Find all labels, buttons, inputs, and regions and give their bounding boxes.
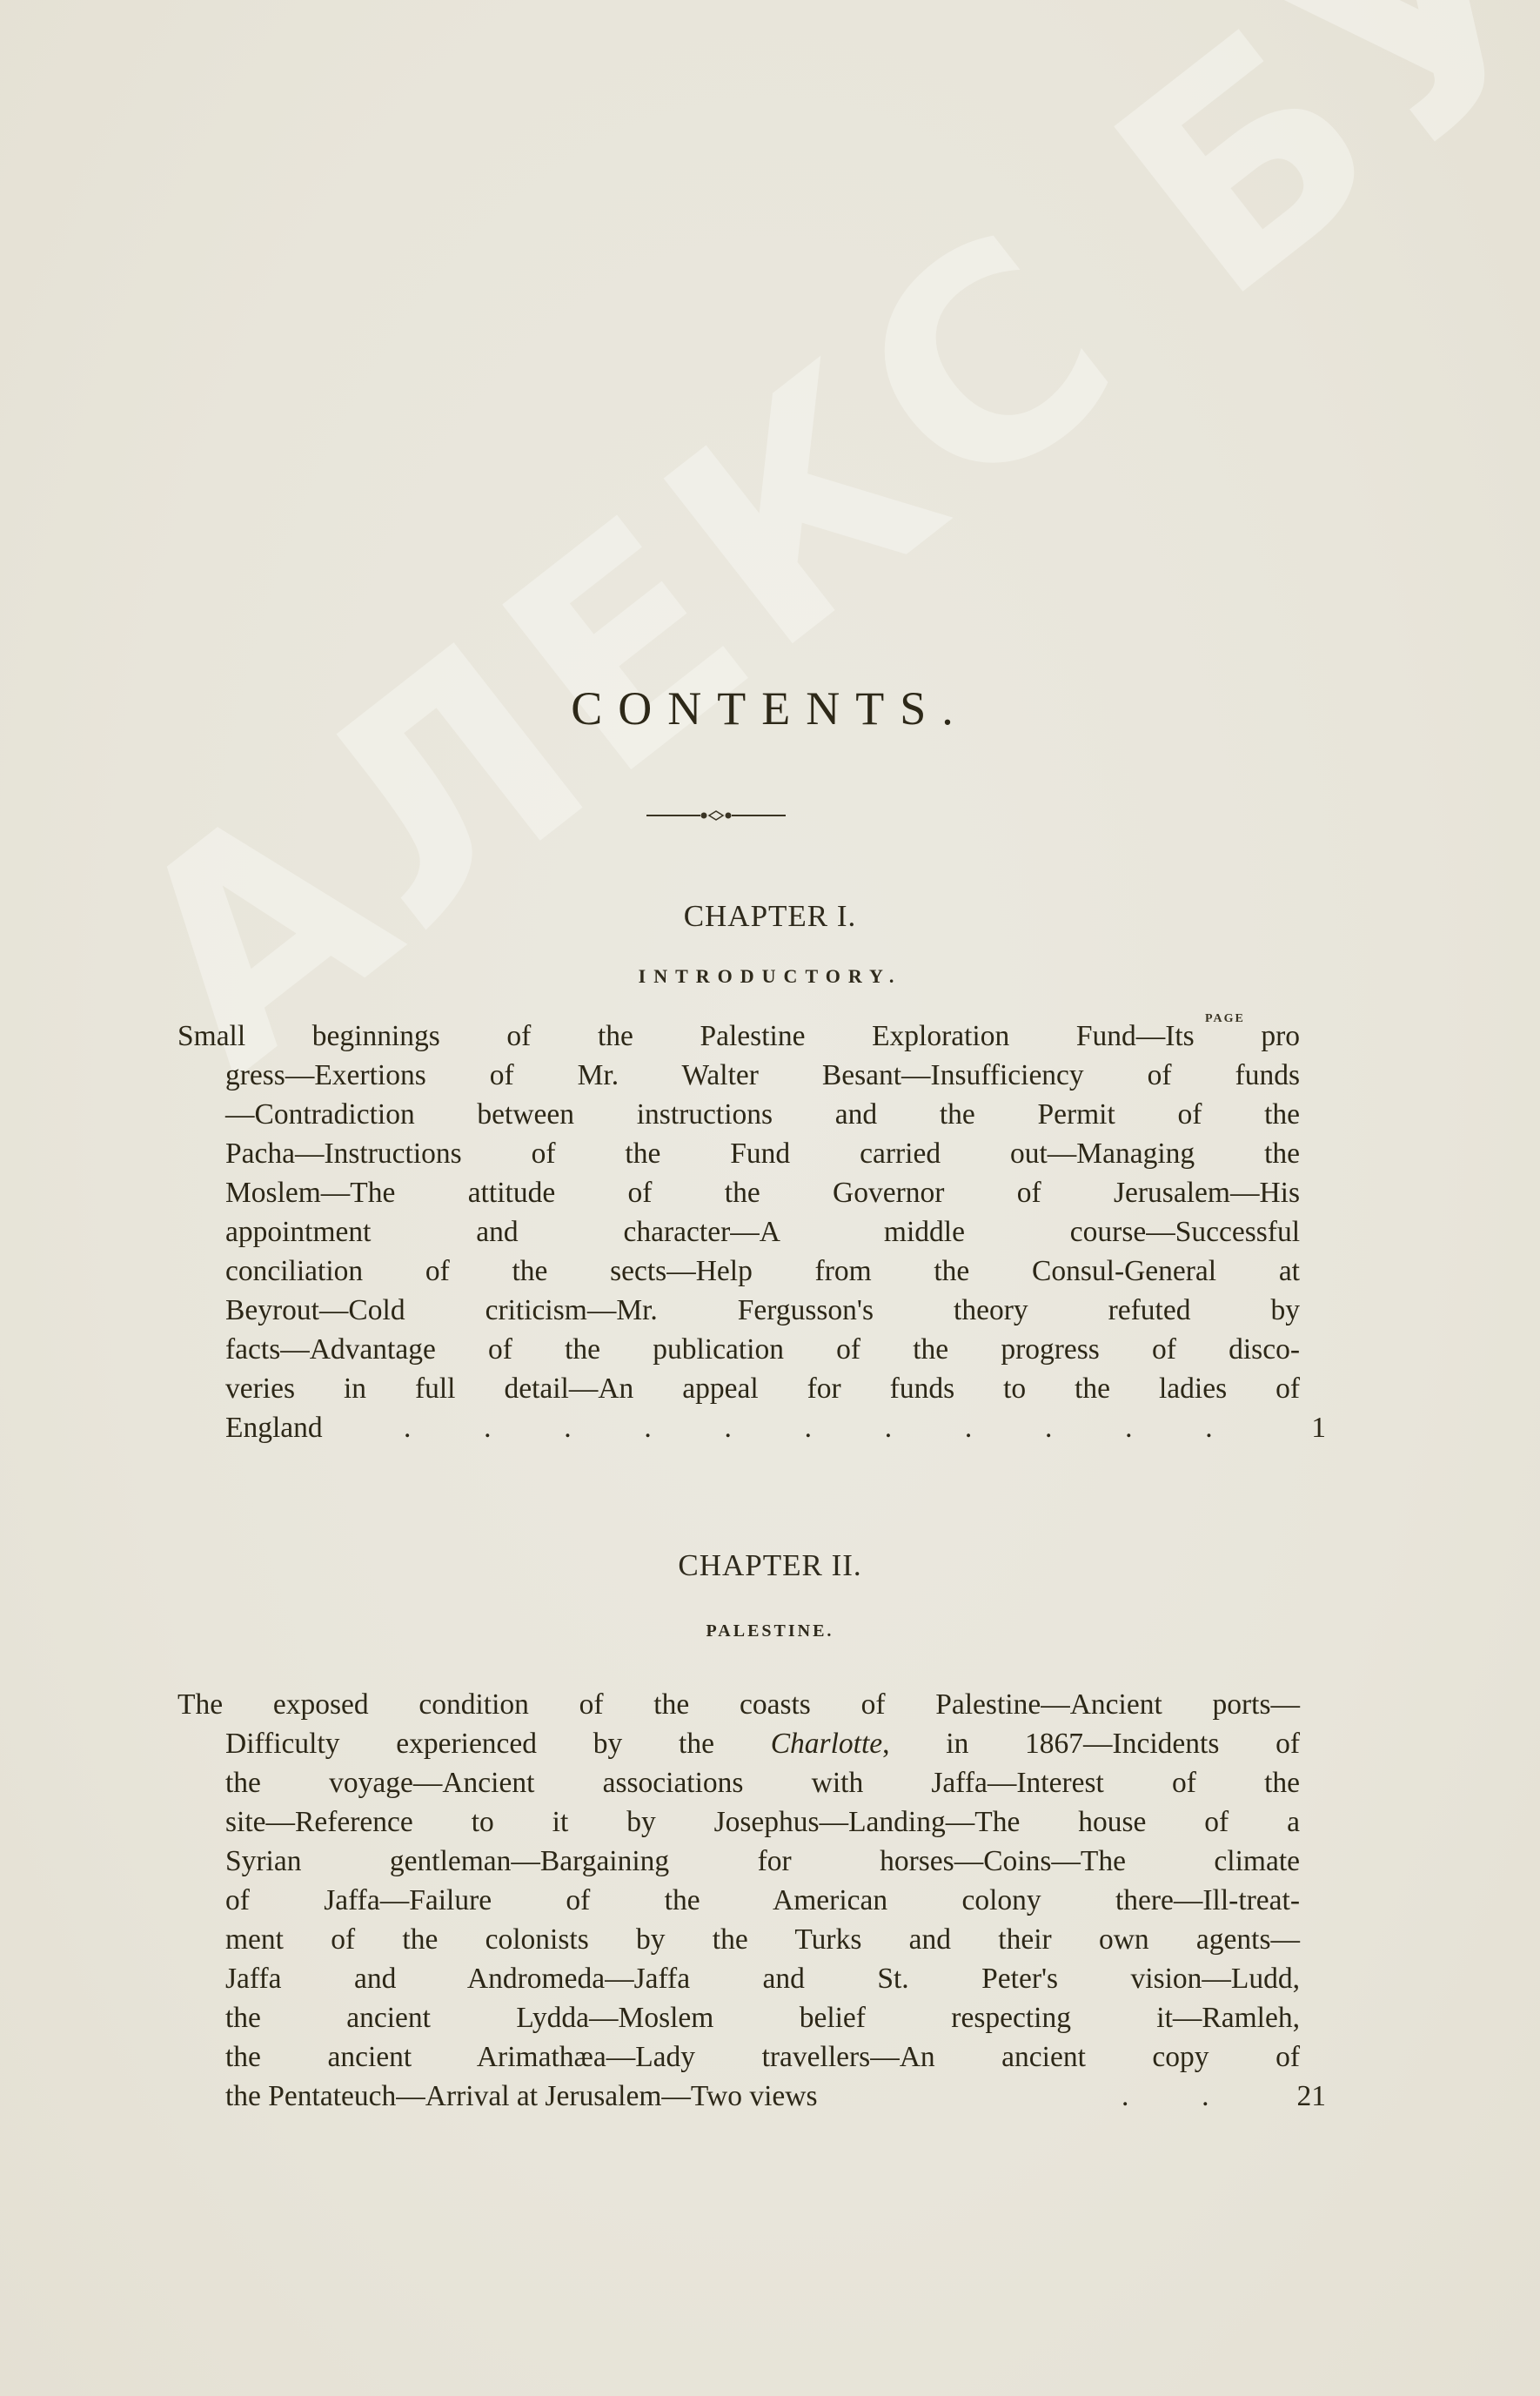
chapter-2-summary: The exposed condition of the coasts of P… — [177, 1685, 1300, 2116]
book-page: АЛЕКС БУКС CONTENTS. CHAPTER I. INTRODUC… — [0, 0, 1540, 2396]
summary-line: —Contradiction between instructions and … — [177, 1095, 1300, 1134]
summary-line: the ancient Arimathæa—Lady travellers—An… — [177, 2037, 1300, 2077]
summary-line: Moslem—The attitude of the Governor of J… — [177, 1173, 1300, 1212]
summary-line-text: Difficulty experienced by the — [225, 1728, 771, 1760]
chapter-2-heading: CHAPTER II. — [0, 1548, 1540, 1583]
summary-line: conciliation of the sects—Help from the … — [177, 1252, 1300, 1291]
summary-line: Jaffa and Andromeda—Jaffa and St. Peter'… — [177, 1959, 1300, 1998]
watermark: АЛЕКС БУКС — [70, 0, 1540, 1134]
summary-line: Pacha—Instructions of the Fund carried o… — [177, 1134, 1300, 1173]
summary-line: appointment and character—A middle cours… — [177, 1212, 1300, 1252]
summary-line: Difficulty experienced by the Charlotte,… — [177, 1724, 1300, 1763]
summary-line: The exposed condition of the coasts of P… — [177, 1685, 1300, 1724]
summary-line-text: , in 1867—Incidents of — [882, 1728, 1300, 1760]
summary-last-line: the Pentateuch—Arrival at Jerusalem—Two … — [177, 2077, 1300, 2116]
ornament-divider-icon — [646, 809, 786, 822]
summary-line: Small beginnings of the Palestine Explor… — [177, 1017, 1300, 1056]
summary-line: veries in full detail—An appeal for fund… — [177, 1369, 1300, 1408]
summary-line: the ancient Lydda—Moslem belief respecti… — [177, 1998, 1300, 2037]
summary-line-text: the Pentateuch—Arrival at Jerusalem—Two … — [225, 2080, 818, 2112]
summary-line: Beyrout—Cold criticism—Mr. Fergusson's t… — [177, 1291, 1300, 1330]
summary-line: site—Reference to it by Josephus—Landing… — [177, 1802, 1300, 1842]
chapter-1-page-number[interactable]: 1 — [1311, 1408, 1326, 1447]
ship-name: Charlotte — [771, 1728, 882, 1760]
leader-dots: . . — [1122, 2077, 1209, 2116]
summary-line: gress—Exertions of Mr. Walter Besant—Ins… — [177, 1056, 1300, 1095]
summary-line-text: England — [225, 1412, 323, 1444]
summary-line: ment of the colonists by the Turks and t… — [177, 1920, 1300, 1959]
leader-dots: . . . . . . . . . . . — [404, 1408, 1213, 1447]
summary-line: facts—Advantage of the publication of th… — [177, 1330, 1300, 1369]
chapter-1-heading: CHAPTER I. — [0, 899, 1540, 934]
summary-line: the voyage—Ancient associations with Jaf… — [177, 1763, 1300, 1802]
chapter-1-summary: Small beginnings of the Palestine Explor… — [177, 1017, 1300, 1447]
chapter-2-subtitle: PALESTINE. — [0, 1621, 1540, 1641]
summary-line: of Jaffa—Failure of the American colony … — [177, 1881, 1300, 1920]
chapter-1-subtitle: INTRODUCTORY. — [0, 965, 1540, 988]
chapter-2-page-number[interactable]: 21 — [1297, 2077, 1327, 2116]
summary-line: Syrian gentleman—Bargaining for horses—C… — [177, 1842, 1300, 1881]
page-title: CONTENTS. — [0, 681, 1540, 735]
summary-last-line: England . . . . . . . . . . . 1 — [177, 1408, 1300, 1447]
